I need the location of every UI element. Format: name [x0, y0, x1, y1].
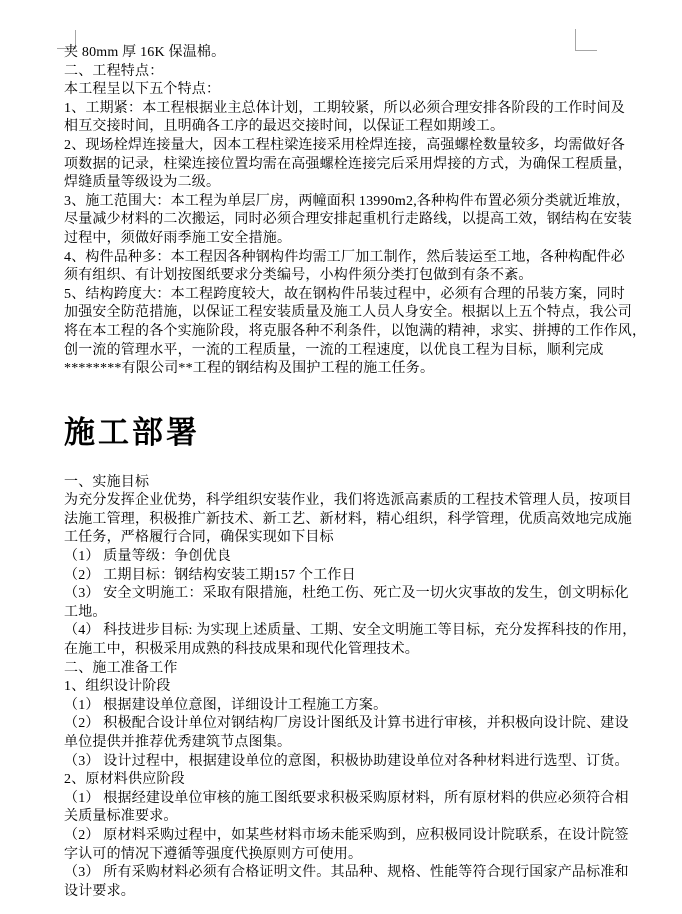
text-line: 3、施工范围大：本工程为单层厂房，两幢面积 13990m2,各种构件布置必须分类… [64, 193, 624, 212]
text-line: 为充分发挥企业优势，科学组织安装作业，我们将选派高素质的工程技术管理人员，按项目 [64, 492, 624, 511]
text-line: （2） 工期目标：钢结构安装工期157 个工作日 [64, 567, 624, 586]
text-line: 关质量标准要求。 [64, 808, 624, 827]
text-line: 将在本工程的各个实施阶段，将克服各种不利条件，以饱满的精神，求实、拼搏的工作作风… [64, 323, 624, 342]
text-line: （3） 所有采购材料必须有合格证明文件。其品种、规格、性能等符合现行国家产品标准… [64, 864, 624, 883]
text-line: 须有组织、有计划按图纸要求分类编号，小构件须分类打包做到有条不紊。 [64, 267, 624, 286]
text-line: 二、施工准备工作 [64, 660, 624, 679]
text-line: 工任务，严格履行合同，确保实现如下目标 [64, 529, 624, 548]
section-heading: 施工部署 [64, 413, 624, 453]
text-line: （2） 积极配合设计单位对钢结构厂房设计图纸及计算书进行审核，并积极向设计院、建… [64, 715, 624, 734]
document-content: 夹 80mm 厚 16K 保温棉。二、工程特点：本工程呈以下五个特点：1、工期紧… [64, 44, 624, 901]
text-line: 1、工期紧：本工程根据业主总体计划，工期较紧，所以必须合理安排各阶段的工作时间及 [64, 100, 624, 119]
text-line: 加强安全防范措施，以保证工程安装质量及施工人员人身安全。根据以上五个特点，我公司 [64, 304, 624, 323]
text-line: 尽量减少材料的二次搬运，同时必须合理安排起重机行走路线，以提高工效，钢结构在安装 [64, 211, 624, 230]
text-line: 焊缝质量等级设为二级。 [64, 174, 624, 193]
text-line: 2、现场栓焊连接量大，因本工程柱梁连接采用栓焊连接，高强螺栓数量较多，均需做好各 [64, 137, 624, 156]
text-line: 一、实施目标 [64, 474, 624, 493]
text-line: 字认可的情况下遵循等强度代换原则方可使用。 [64, 846, 624, 865]
text-line: （3） 安全文明施工：采取有限措施，杜绝工伤、死亡及一切火灾事故的发生，创文明标… [64, 585, 624, 604]
text-line: 5、结构跨度大：本工程跨度较大，故在钢构件吊装过程中，必须有合理的吊装方案，同时 [64, 286, 624, 305]
text-line: （1） 根据建设单位意图，详细设计工程施工方案。 [64, 697, 624, 716]
text-line: 2、原材料供应阶段 [64, 771, 624, 790]
text-line: 法施工管理，积极推广新技术、新工艺、新材料，精心组织，科学管理，优质高效地完成施 [64, 511, 624, 530]
text-line: 相互交接时间，且明确各工序的最迟交接时间，以保证工程如期竣工。 [64, 118, 624, 137]
text-line: （3） 设计过程中，根据建设单位的意图，积极协助建设单位对各种材料进行选型、订货… [64, 753, 624, 772]
text-line: ********有限公司**工程的钢结构及围护工程的施工任务。 [64, 360, 624, 379]
text-line: 夹 80mm 厚 16K 保温棉。 [64, 44, 624, 63]
text-line: 项数据的记录，柱梁连接位置均需在高强螺栓连接完后采用焊接的方式，为确保工程质量， [64, 156, 624, 175]
text-line: 本工程呈以下五个特点： [64, 81, 624, 100]
text-line: 设计要求。 [64, 883, 624, 902]
text-line: 1、组织设计阶段 [64, 678, 624, 697]
text-line: 二、工程特点： [64, 63, 624, 82]
text-line: 单位提供并推荐优秀建筑节点图集。 [64, 734, 624, 753]
document-page[interactable]: 夹 80mm 厚 16K 保温棉。二、工程特点：本工程呈以下五个特点：1、工期紧… [0, 0, 682, 914]
text-line: 过程中，须做好雨季施工安全措施。 [64, 230, 624, 249]
text-line: （4） 科技进步目标: 为实现上述质量、工期、安全文明施工等目标，充分发挥科技的… [64, 622, 624, 641]
text-line: 创一流的管理水平，一流的工程质量，一流的工程速度，以优良工程为目标，顺利完成 [64, 342, 624, 361]
text-line: （1） 质量等级：争创优良 [64, 548, 624, 567]
text-line: 4、构件品种多：本工程因各种钢构件均需工厂加工制作，然后装运至工地，各种构配件必 [64, 249, 624, 268]
text-line: 工地。 [64, 604, 624, 623]
text-line: （2） 原材料采购过程中，如某些材料市场未能采购到，应积极同设计院联系，在设计院… [64, 827, 624, 846]
text-line: （1） 根据经建设单位审核的施工图纸要求积极采购原材料，所有原材料的供应必须符合… [64, 790, 624, 809]
text-line: 在施工中，积极采用成熟的科技成果和现代化管理技术。 [64, 641, 624, 660]
